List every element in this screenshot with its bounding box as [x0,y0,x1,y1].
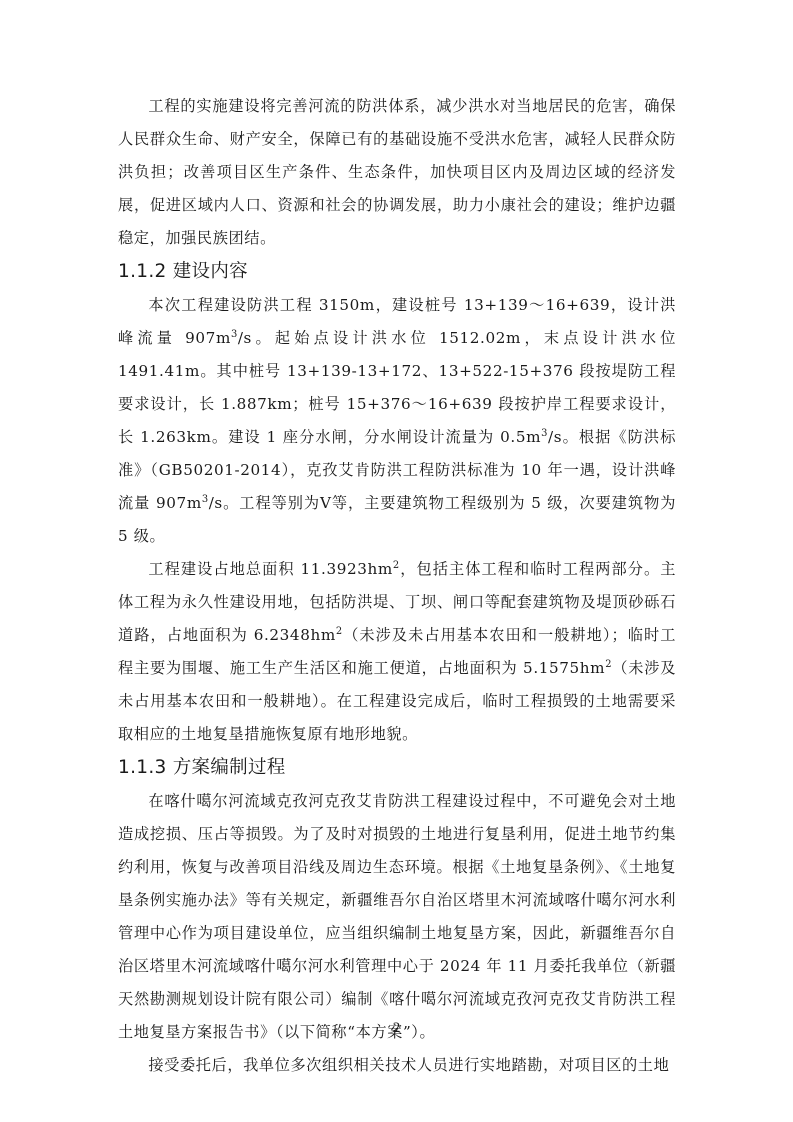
heading-construction-content: 1.1.2 建设内容 [118,255,676,289]
heading-plan-preparation-process: 1.1.3 方案编制过程 [118,751,676,785]
page-number: 2 [0,1020,793,1037]
paragraph-land-occupation: 工程建设占地总面积 11.3923hm2，包括主体工程和临时工程两部分。主体工程… [118,553,676,751]
paragraph-construction-content: 本次工程建设防洪工程 3150m，建设桩号 13+139～16+639，设计洪峰… [118,289,676,553]
document-page: 工程的实施建设将完善河流的防洪体系，减少洪水对当地居民的危害，确保人民群众生命、… [118,90,676,1082]
paragraph-project-benefits: 工程的实施建设将完善河流的防洪体系，减少洪水对当地居民的危害，确保人民群众生命、… [118,90,676,255]
paragraph-after-commission: 接受委托后，我单位多次组织相关技术人员进行实地踏勘，对项目区的土地 [118,1049,676,1082]
paragraph-plan-background: 在喀什噶尔河流域克孜河克孜艾肯防洪工程建设过程中，不可避免会对土地造成挖损、压占… [118,785,676,1049]
